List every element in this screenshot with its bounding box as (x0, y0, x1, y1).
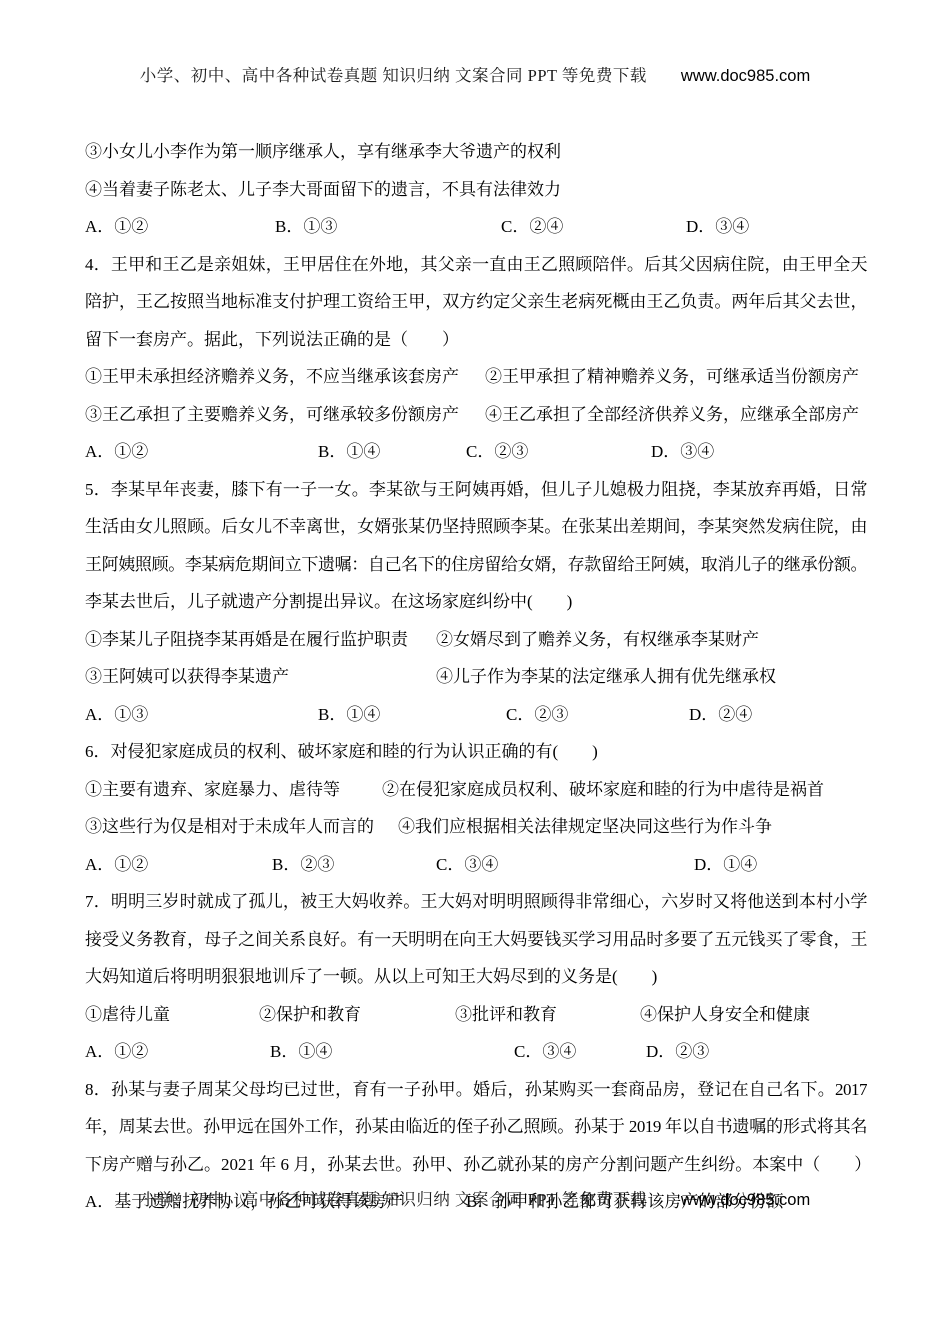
q5-item-1: ①李某儿子阻挠李某再婚是在履行监护职责 (85, 621, 408, 659)
q3-options-row: A．①② B．①③ C．②④ D．③④ (85, 208, 867, 246)
footer-site-link[interactable]: www.doc985.com (681, 1191, 810, 1210)
q8-stem-line-1: 8．孙某与妻子周某父母均已过世，育有一子孙甲。婚后，孙某购买一套商品房，登记在自… (85, 1071, 867, 1109)
q6-item-4: ④我们应根据相关法律规定坚决同这些行为作斗争 (398, 808, 772, 846)
q6-options-row: A．①② B．②③ C．③④ D．①④ (85, 846, 867, 884)
q5-option-d: D．②④ (689, 696, 752, 734)
q3-option-c: C．②④ (501, 208, 563, 246)
q4-item-4: ④王乙承担了全部经济供养义务，应继承全部房产 (485, 396, 859, 434)
document-page: 小学、初中、高中各种试卷真题 知识归纳 文案合同 PPT 等免费下载 www.d… (0, 0, 950, 1344)
exam-body: ③小女儿小李作为第一顺序继承人，享有继承李大爷遗产的权利 ④当着妻子陈老太、儿子… (85, 133, 867, 1221)
q6-items-row-2: ③这些行为仅是相对于未成年人而言的 ④我们应根据相关法律规定坚决同这些行为作斗争 (85, 808, 867, 846)
q5-items-row-1: ①李某儿子阻挠李某再婚是在履行监护职责 ②女婿尽到了赡养义务，有权继承李某财产 (85, 621, 867, 659)
q6-item-1: ①主要有遗弃、家庭暴力、虐待等 (85, 771, 340, 809)
q6-option-d: D．①④ (694, 846, 757, 884)
q4-items-row-2: ③王乙承担了主要赡养义务，可继承较多份额房产 ④王乙承担了全部经济供养义务，应继… (85, 396, 867, 434)
q7-option-d: D．②③ (646, 1033, 709, 1071)
q6-items-row-1: ①主要有遗弃、家庭暴力、虐待等 ②在侵犯家庭成员权利、破坏家庭和睦的行为中虐待是… (85, 771, 867, 809)
q5-stem-line-2: 生活由女儿照顾。后女儿不幸离世，女婿张某仍坚持照顾李某。在张某出差期间，李某突然… (85, 508, 867, 546)
q6-stem: 6．对侵犯家庭成员的权利、破坏家庭和睦的行为认识正确的有( ) (85, 733, 867, 771)
q5-option-a: A．①③ (85, 696, 148, 734)
q4-stem-line-2: 陪护，王乙按照当地标准支付护理工资给王甲，双方约定父亲生老病死概由王乙负责。两年… (85, 283, 867, 321)
q3-item-3: ③小女儿小李作为第一顺序继承人，享有继承李大爷遗产的权利 (85, 133, 867, 171)
q7-stem-line-3: 大妈知道后将明明狠狠地训斥了一顿。从以上可知王大妈尽到的义务是( ) (85, 958, 867, 996)
q7-stem-line-1: 7．明明三岁时就成了孤儿，被王大妈收养。王大妈对明明照顾得非常细心，六岁时又将他… (85, 883, 867, 921)
q4-stem-line-1: 4．王甲和王乙是亲姐妹，王甲居住在外地，其父亲一直由王乙照顾陪伴。后其父因病住院… (85, 246, 867, 284)
q4-option-d: D．③④ (651, 433, 714, 471)
q7-items-row: ①虐待儿童 ②保护和教育 ③批评和教育 ④保护人身安全和健康 (85, 996, 867, 1034)
q8-stem-line-3: 下房产赠与孙乙。2021 年 6 月，孙某去世。孙甲、孙乙就孙某的房产分割问题产… (85, 1146, 867, 1184)
q5-item-3: ③王阿姨可以获得李某遗产 (85, 658, 289, 696)
q6-option-a: A．①② (85, 846, 148, 884)
q7-options-row: A．①② B．①④ C．③④ D．②③ (85, 1033, 867, 1071)
q4-item-1: ①王甲未承担经济赡养义务，不应当继承该套房产 (85, 358, 459, 396)
q4-options-row: A．①② B．①④ C．②③ D．③④ (85, 433, 867, 471)
q5-item-4: ④儿子作为李某的法定继承人拥有优先继承权 (436, 658, 776, 696)
q5-items-row-2: ③王阿姨可以获得李某遗产 ④儿子作为李某的法定继承人拥有优先继承权 (85, 658, 867, 696)
q3-option-a: A．①② (85, 208, 148, 246)
q7-option-b: B．①④ (270, 1033, 332, 1071)
q5-options-row: A．①③ B．①④ C．②③ D．②④ (85, 696, 867, 734)
q7-item-3: ③批评和教育 (455, 996, 557, 1034)
q3-option-d: D．③④ (686, 208, 749, 246)
q6-item-2: ②在侵犯家庭成员权利、破坏家庭和睦的行为中虐待是祸首 (382, 771, 824, 809)
q4-item-2: ②王甲承担了精神赡养义务，可继承适当份额房产 (485, 358, 859, 396)
q6-option-c: C．③④ (436, 846, 498, 884)
page-footer: 小学、初中、高中各种试卷真题 知识归纳 文案合同 PPT 等免费下载 www.d… (0, 1186, 950, 1210)
q7-item-4: ④保护人身安全和健康 (640, 996, 810, 1034)
footer-watermark-text: 小学、初中、高中各种试卷真题 知识归纳 文案合同 PPT 等免费下载 (140, 1186, 647, 1210)
q4-items-row-1: ①王甲未承担经济赡养义务，不应当继承该套房产 ②王甲承担了精神赡养义务，可继承适… (85, 358, 867, 396)
q5-option-b: B．①④ (318, 696, 380, 734)
q6-option-b: B．②③ (272, 846, 334, 884)
header-watermark-text: 小学、初中、高中各种试卷真题 知识归纳 文案合同 PPT 等免费下载 (140, 62, 647, 86)
q7-stem-line-2: 接受义务教育，母子之间关系良好。有一天明明在向王大妈要钱买学习用品时多要了五元钱… (85, 921, 867, 959)
q5-stem-line-1: 5．李某早年丧妻，膝下有一子一女。李某欲与王阿姨再婚，但儿子儿媳极力阻挠，李某放… (85, 471, 867, 509)
q6-item-3: ③这些行为仅是相对于未成年人而言的 (85, 808, 374, 846)
q4-option-b: B．①④ (318, 433, 380, 471)
q4-stem-line-3: 留下一套房产。据此，下列说法正确的是（ ） (85, 321, 867, 359)
q7-item-2: ②保护和教育 (259, 996, 361, 1034)
q5-stem-line-4: 李某去世后，儿子就遗产分割提出异议。在这场家庭纠纷中( ) (85, 583, 867, 621)
q7-option-c: C．③④ (514, 1033, 576, 1071)
q4-option-a: A．①② (85, 433, 148, 471)
q5-stem-line-3: 王阿姨照顾。李某病危期间立下遗嘱：自己名下的住房留给女婿，存款留给王阿姨，取消儿… (85, 546, 867, 584)
q4-item-3: ③王乙承担了主要赡养义务，可继承较多份额房产 (85, 396, 459, 434)
q5-item-2: ②女婿尽到了赡养义务，有权继承李某财产 (436, 621, 759, 659)
q5-option-c: C．②③ (506, 696, 568, 734)
q3-item-4: ④当着妻子陈老太、儿子李大哥面留下的遗言，不具有法律效力 (85, 171, 867, 209)
q7-item-1: ①虐待儿童 (85, 996, 170, 1034)
header-site-link[interactable]: www.doc985.com (681, 67, 810, 86)
q8-stem-line-2: 年，周某去世。孙甲远在国外工作，孙某由临近的侄子孙乙照顾。孙某于 2019 年以… (85, 1108, 867, 1146)
q4-option-c: C．②③ (466, 433, 528, 471)
page-header: 小学、初中、高中各种试卷真题 知识归纳 文案合同 PPT 等免费下载 www.d… (0, 62, 950, 86)
q7-option-a: A．①② (85, 1033, 148, 1071)
q3-option-b: B．①③ (275, 208, 337, 246)
